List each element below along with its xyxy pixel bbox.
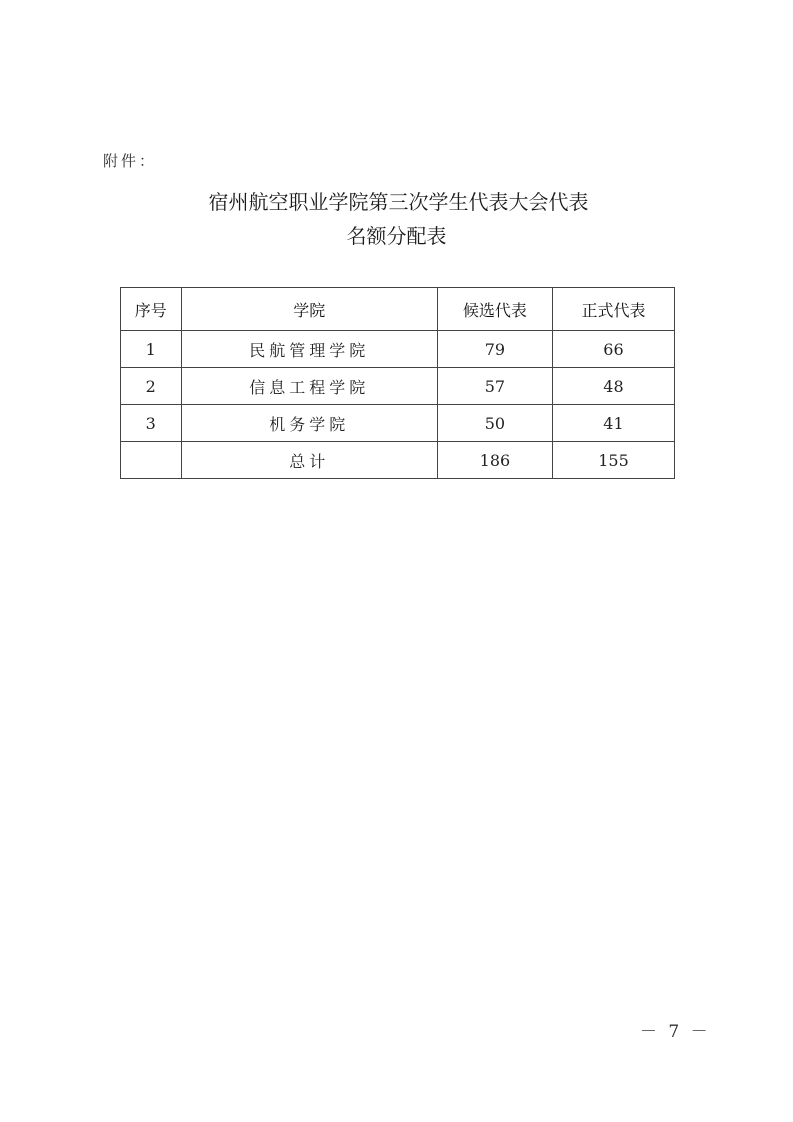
table-row: 3 机务学院 50 41 [121,405,675,442]
cell-index: 3 [121,405,182,442]
header-college: 学院 [181,288,437,331]
cell-college: 民航管理学院 [181,331,437,368]
cell-college: 机务学院 [181,405,437,442]
table-row: 2 信息工程学院 57 48 [121,368,675,405]
cell-index [121,442,182,479]
cell-index: 2 [121,368,182,405]
cell-total-label: 总计 [181,442,437,479]
cell-total-candidates: 186 [437,442,552,479]
header-index: 序号 [121,288,182,331]
table-row: 1 民航管理学院 79 66 [121,331,675,368]
document-title: 宿州航空职业学院第三次学生代表大会代表 [2,186,793,215]
header-candidates: 候选代表 [437,288,552,331]
cell-index: 1 [121,331,182,368]
cell-candidates: 79 [437,331,552,368]
cell-total-official: 155 [552,442,674,479]
header-official: 正式代表 [552,288,674,331]
table-header-row: 序号 学院 候选代表 正式代表 [121,288,675,331]
attachment-label: 附件： [103,150,157,171]
cell-college: 信息工程学院 [181,368,437,405]
cell-candidates: 57 [437,368,552,405]
cell-official: 41 [552,405,674,442]
page-number: － 7 － [640,1017,708,1042]
cell-official: 66 [552,331,674,368]
table-total-row: 总计 186 155 [121,442,675,479]
document-subtitle: 名额分配表 [0,220,793,249]
quota-table: 序号 学院 候选代表 正式代表 1 民航管理学院 79 66 2 信息工程学院 … [120,287,675,479]
cell-candidates: 50 [437,405,552,442]
cell-official: 48 [552,368,674,405]
